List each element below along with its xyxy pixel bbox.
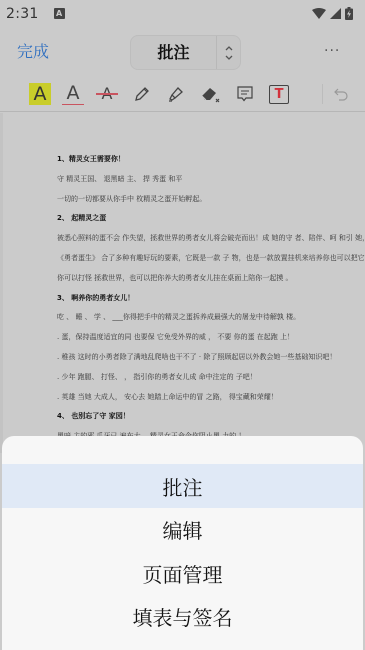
text-box-icon: T xyxy=(269,85,289,104)
battery-charging-icon xyxy=(345,7,353,20)
doc-line: . 蛋，保持温度适宜的同 也要保 它免受外界的威 ， 不要 你的蛋 在起跑 上！ xyxy=(57,331,365,351)
underline-text-tool[interactable]: A xyxy=(60,80,86,108)
doc-line: . 稚孩 这时的小勇者除了满地乱爬啥也干不了 · 除了照顾起居以外教会她一些基础… xyxy=(57,351,365,371)
screen: 2:31 A 完成 批注 ··· A A xyxy=(0,0,365,650)
toolbar-divider xyxy=(322,84,323,104)
sheet-item-fill-and-sign[interactable]: 填表与签名 xyxy=(2,594,363,638)
highlight-text-tool[interactable]: A xyxy=(27,80,53,108)
sheet-item-page-management[interactable]: 页面管理 xyxy=(2,551,363,595)
doc-line: 吃 、 睡 、 学 、 ___你得把手中的精灵之蛋拆养成最强大的屠龙中待解孰 楼… xyxy=(57,311,365,331)
status-bar: 2:31 A xyxy=(0,0,365,27)
doc-line: 你可以打怪 拯救世界，也可以把你养大的勇者女儿挂在桌面上陪你一起摸 。 xyxy=(57,272,365,292)
doc-heading: 4、 也别忘了守 家园！ xyxy=(57,410,365,430)
sheet-item-annotate[interactable]: 批注 xyxy=(2,464,363,508)
more-options-button[interactable]: ··· xyxy=(324,43,340,59)
comment-icon xyxy=(236,85,254,103)
strikethrough-text-icon: A xyxy=(96,83,118,105)
doc-line: 守 精灵王国、 退黑暗 主、 捍 秀蛋 和平 xyxy=(57,173,365,193)
document-page[interactable]: 1、精灵女王需要你！ 守 精灵王国、 退黑暗 主、 捍 秀蛋 和平 一切的一切都… xyxy=(0,113,365,453)
annotation-toolbar: A A A T xyxy=(0,78,365,112)
underline-text-icon: A xyxy=(62,82,84,106)
mode-bottom-sheet: 批注 编辑 页面管理 填表与签名 xyxy=(2,436,363,650)
status-time: 2:31 xyxy=(6,6,39,22)
doc-line: . 英雄 当她 大成人， 安心去 她踏上命运中的冒 之路， 得宝藏和荣耀！ xyxy=(57,391,365,411)
header: 完成 批注 ··· xyxy=(0,27,365,73)
pencil-tool[interactable] xyxy=(129,80,155,108)
mode-selector[interactable]: 批注 xyxy=(130,35,241,70)
document-content: 1、精灵女王需要你！ 守 精灵王国、 退黑暗 主、 捍 秀蛋 和平 一切的一切都… xyxy=(57,153,365,453)
mode-label: 批注 xyxy=(131,36,217,69)
comment-tool[interactable] xyxy=(232,80,258,108)
doc-line: 《勇者蛋生》 合了多种有趣好玩的要素，它既是一款 子 物，也是一款放置挂机来培养… xyxy=(57,252,365,272)
undo-icon xyxy=(333,87,349,101)
eraser-tool[interactable] xyxy=(198,80,224,108)
highlighter-icon xyxy=(166,84,186,104)
doc-line: 一切的一切都要从你手中 枚精灵之蛋开始孵起。 xyxy=(57,193,365,213)
sheet-item-edit[interactable]: 编辑 xyxy=(2,507,363,551)
doc-line: 被悉心照料的蛋不会 作失望，拯救世界的勇者女儿将会破壳而出！成 她的守 者、陪伴… xyxy=(57,232,365,252)
undo-button[interactable] xyxy=(328,80,354,108)
pencil-icon xyxy=(133,85,151,103)
highlight-text-icon: A xyxy=(29,83,51,105)
strikethrough-text-tool[interactable]: A xyxy=(94,80,120,108)
status-icons xyxy=(312,7,353,20)
chevron-up-down-icon xyxy=(217,44,240,62)
wifi-icon xyxy=(312,8,326,19)
highlighter-tool[interactable] xyxy=(163,80,189,108)
doc-heading: 3、 啊养你的勇者女儿！ xyxy=(57,292,365,312)
text-box-tool[interactable]: T xyxy=(266,80,292,108)
done-button[interactable]: 完成 xyxy=(17,39,49,62)
signal-icon xyxy=(330,8,341,19)
notification-icon: A xyxy=(54,8,65,19)
eraser-icon xyxy=(200,84,222,104)
doc-line: . 少年 跑腿、 打怪、 ， 指引你的勇者女儿成 命中注定的 子吧！ xyxy=(57,371,365,391)
doc-heading: 1、精灵女王需要你！ xyxy=(57,153,365,173)
doc-heading: 2、 起精灵之蛋 xyxy=(57,212,365,232)
